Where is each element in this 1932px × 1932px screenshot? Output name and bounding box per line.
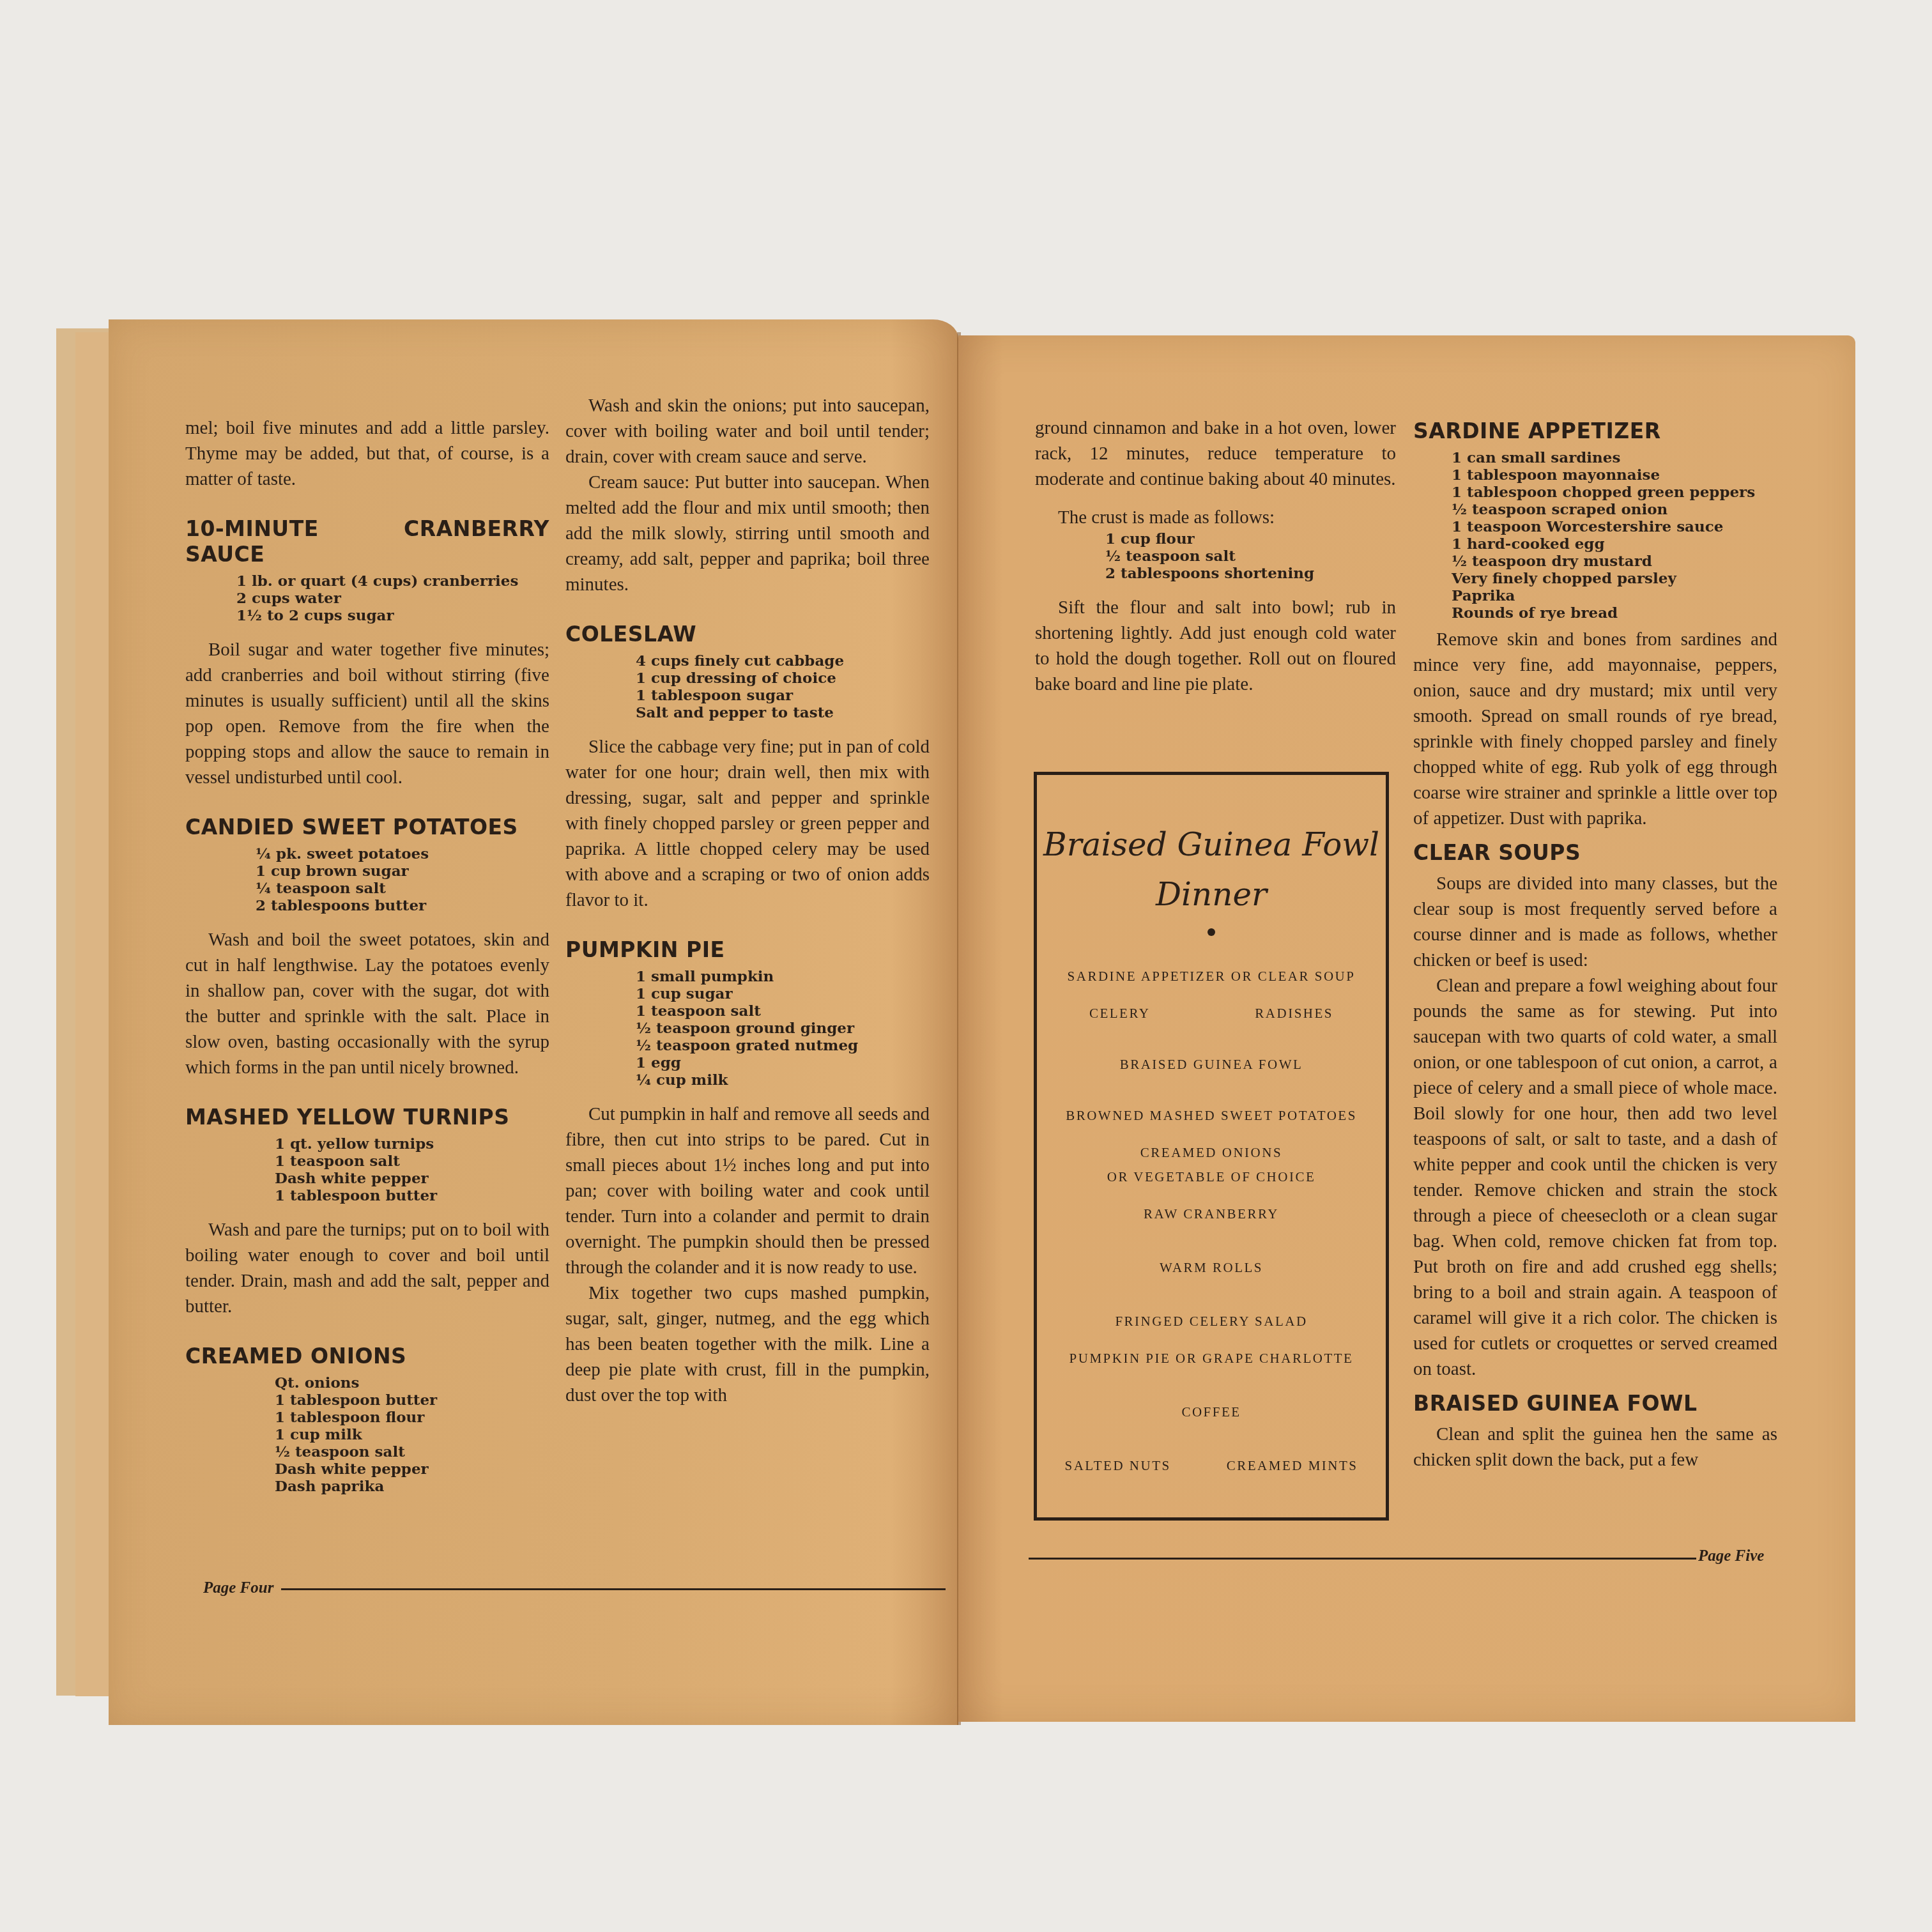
menu-title: Braised Guinea Fowl Dinner xyxy=(1037,820,1386,919)
ingredient: 1 cup milk xyxy=(275,1426,549,1443)
menu-title-line: Dinner xyxy=(1037,870,1386,919)
ingredient-list: 1 lb. or quart (4 cups) cranberries 2 cu… xyxy=(236,572,549,624)
recipe-directions: Cream sauce: Put butter into saucepan. W… xyxy=(565,470,930,597)
ingredient: ½ teaspoon salt xyxy=(1105,548,1396,565)
menu-item: CREAMED ONIONS xyxy=(1037,1140,1386,1165)
ingredient: 1 tablespoon butter xyxy=(275,1391,549,1409)
crust-directions: Sift the flour and salt into bowl; rub i… xyxy=(1035,595,1396,697)
menu-item: CREAMED MINTS xyxy=(1227,1453,1358,1478)
ingredient: ½ teaspoon grated nutmeg xyxy=(636,1037,930,1054)
recipe-title: COLESLAW xyxy=(565,622,930,647)
ingredient-list: 4 cups finely cut cabbage 1 cup dressing… xyxy=(636,652,930,721)
ingredient: Qt. onions xyxy=(275,1374,549,1391)
menu-item: RAW CRANBERRY xyxy=(1037,1202,1386,1226)
menu-item: SALTED NUTS xyxy=(1065,1453,1171,1478)
left-column-1: mel; boil five minutes and add a little … xyxy=(185,415,549,1508)
menu-item: RADISHES xyxy=(1255,1001,1333,1025)
ingredient: 1 teaspoon salt xyxy=(636,1002,930,1020)
ingredient: Paprika xyxy=(1452,587,1777,604)
ingredient-list: ¼ pk. sweet potatoes 1 cup brown sugar ¼… xyxy=(256,845,549,914)
ingredient: ¼ cup milk xyxy=(636,1071,930,1089)
recipe-directions: Wash and boil the sweet potatoes, skin a… xyxy=(185,927,549,1080)
ingredient: 1 hard-cooked egg xyxy=(1452,535,1777,553)
ingredient: 1 tablespoon chopped green peppers xyxy=(1452,484,1777,501)
ingredient: 1 tablespoon flour xyxy=(275,1409,549,1426)
footer-rule xyxy=(1029,1558,1696,1560)
recipe-directions: Cut pumpkin in half and remove all seeds… xyxy=(565,1101,930,1280)
ingredient: ½ teaspoon salt xyxy=(275,1443,549,1460)
recipe-directions: Slice the cabbage very fine; put in pan … xyxy=(565,734,930,913)
page-number-left: Page Four xyxy=(203,1579,273,1597)
ingredient: 1 qt. yellow turnips xyxy=(275,1135,549,1153)
ingredient: ½ teaspoon ground ginger xyxy=(636,1020,930,1037)
ingredient: 1½ to 2 cups sugar xyxy=(236,607,549,624)
ingredient: Dash white pepper xyxy=(275,1460,549,1478)
menu-item: FRINGED CELERY SALAD xyxy=(1037,1309,1386,1333)
ingredient: 1 egg xyxy=(636,1054,930,1071)
recipe-title: BRAISED GUINEA FOWL xyxy=(1413,1391,1777,1416)
ingredient: 1 tablespoon mayonnaise xyxy=(1452,466,1777,484)
recipe-directions: Clean and split the guinea hen the same … xyxy=(1413,1422,1777,1473)
ingredient: 1 cup flour xyxy=(1105,530,1396,548)
booklet-spread: mel; boil five minutes and add a little … xyxy=(0,0,1932,1932)
continued-text: mel; boil five minutes and add a little … xyxy=(185,415,549,492)
recipe-title: MASHED YELLOW TURNIPS xyxy=(185,1105,549,1130)
recipe-title: 10-MINUTE CRANBERRY SAUCE xyxy=(185,516,549,567)
ingredient: Dash paprika xyxy=(275,1478,549,1495)
recipe-title: CANDIED SWEET POTATOES xyxy=(185,815,549,840)
ingredient: 1 can small sardines xyxy=(1452,449,1777,466)
ingredient-list: 1 qt. yellow turnips 1 teaspoon salt Das… xyxy=(275,1135,549,1204)
ingredient: 1 teaspoon Worcestershire sauce xyxy=(1452,518,1777,535)
menu-item: COFFEE xyxy=(1037,1400,1386,1424)
ingredient-list: 1 small pumpkin 1 cup sugar 1 teaspoon s… xyxy=(636,968,930,1089)
ingredient: Very finely chopped parsley xyxy=(1452,570,1777,587)
menu-item: BRAISED GUINEA FOWL xyxy=(1037,1052,1386,1077)
menu-item-pair: SALTED NUTS CREAMED MINTS xyxy=(1037,1453,1386,1478)
recipe-title: SARDINE APPETIZER xyxy=(1413,418,1777,444)
menu-item: OR VEGETABLE OF CHOICE xyxy=(1037,1165,1386,1189)
recipe-directions: Remove skin and bones from sardines and … xyxy=(1413,627,1777,831)
ingredient: 1 teaspoon salt xyxy=(275,1153,549,1170)
footer-rule xyxy=(281,1588,946,1590)
menu-item: BROWNED MASHED SWEET POTATOES xyxy=(1037,1103,1386,1128)
continued-text: ground cinnamon and bake in a hot oven, … xyxy=(1035,415,1396,492)
recipe-title: CLEAR SOUPS xyxy=(1413,840,1777,866)
recipe-directions: Wash and skin the onions; put into sauce… xyxy=(565,393,930,470)
ingredient: 1 tablespoon butter xyxy=(275,1187,549,1204)
recipe-directions: Boil sugar and water together five minut… xyxy=(185,637,549,790)
recipe-directions: Clean and prepare a fowl weighing about … xyxy=(1413,973,1777,1382)
recipe-directions: Soups are divided into many classes, but… xyxy=(1413,871,1777,973)
right-column-1: ground cinnamon and bake in a hot oven, … xyxy=(1035,415,1396,697)
ingredient: 2 tablespoons shortening xyxy=(1105,565,1396,582)
ingredient: Salt and pepper to taste xyxy=(636,704,930,721)
recipe-title: PUMPKIN PIE xyxy=(565,937,930,963)
recipe-directions: Mix together two cups mashed pumpkin, su… xyxy=(565,1280,930,1408)
ingredient: ½ teaspoon scraped onion xyxy=(1452,501,1777,518)
ingredient: 1 cup dressing of choice xyxy=(636,670,930,687)
ingredient: 1 cup brown sugar xyxy=(256,862,549,880)
left-column-2: Wash and skin the onions; put into sauce… xyxy=(565,393,930,1408)
menu-title-line: Braised Guinea Fowl xyxy=(1037,820,1386,870)
crust-ingredient-list: 1 cup flour ½ teaspoon salt 2 tablespoon… xyxy=(1105,530,1396,582)
menu-item-pair: CELERY RADISHES xyxy=(1037,1001,1386,1025)
ingredient: 1 cup sugar xyxy=(636,985,930,1002)
ingredient: 4 cups finely cut cabbage xyxy=(636,652,930,670)
ingredient: 2 tablespoons butter xyxy=(256,897,549,914)
menu-item: CELERY xyxy=(1089,1001,1151,1025)
ingredient: ½ teaspoon dry mustard xyxy=(1452,553,1777,570)
menu-item: WARM ROLLS xyxy=(1037,1255,1386,1280)
page-number-right: Page Five xyxy=(1698,1547,1764,1565)
dinner-menu-box: Braised Guinea Fowl Dinner SARDINE APPET… xyxy=(1034,772,1389,1521)
ingredient: 1 tablespoon sugar xyxy=(636,687,930,704)
menu-item: SARDINE APPETIZER OR CLEAR SOUP xyxy=(1037,964,1386,988)
ingredient: Dash white pepper xyxy=(275,1170,549,1187)
ingredient: 2 cups water xyxy=(236,590,549,607)
ingredient-list: 1 can small sardines 1 tablespoon mayonn… xyxy=(1452,449,1777,622)
ingredient: ¼ teaspoon salt xyxy=(256,880,549,897)
right-column-2: SARDINE APPETIZER 1 can small sardines 1… xyxy=(1413,418,1777,1473)
recipe-title: CREAMED ONIONS xyxy=(185,1344,549,1369)
ingredient: Rounds of rye bread xyxy=(1452,604,1777,622)
ingredient: ¼ pk. sweet potatoes xyxy=(256,845,549,862)
ingredient-list: Qt. onions 1 tablespoon butter 1 tablesp… xyxy=(275,1374,549,1495)
ingredient: 1 small pumpkin xyxy=(636,968,930,985)
bullet-ornament xyxy=(1207,928,1215,936)
ingredient: 1 lb. or quart (4 cups) cranberries xyxy=(236,572,549,590)
crust-lead: The crust is made as follows: xyxy=(1035,505,1396,530)
recipe-directions: Wash and pare the turnips; put on to boi… xyxy=(185,1217,549,1319)
menu-item: PUMPKIN PIE OR GRAPE CHARLOTTE xyxy=(1037,1346,1386,1370)
